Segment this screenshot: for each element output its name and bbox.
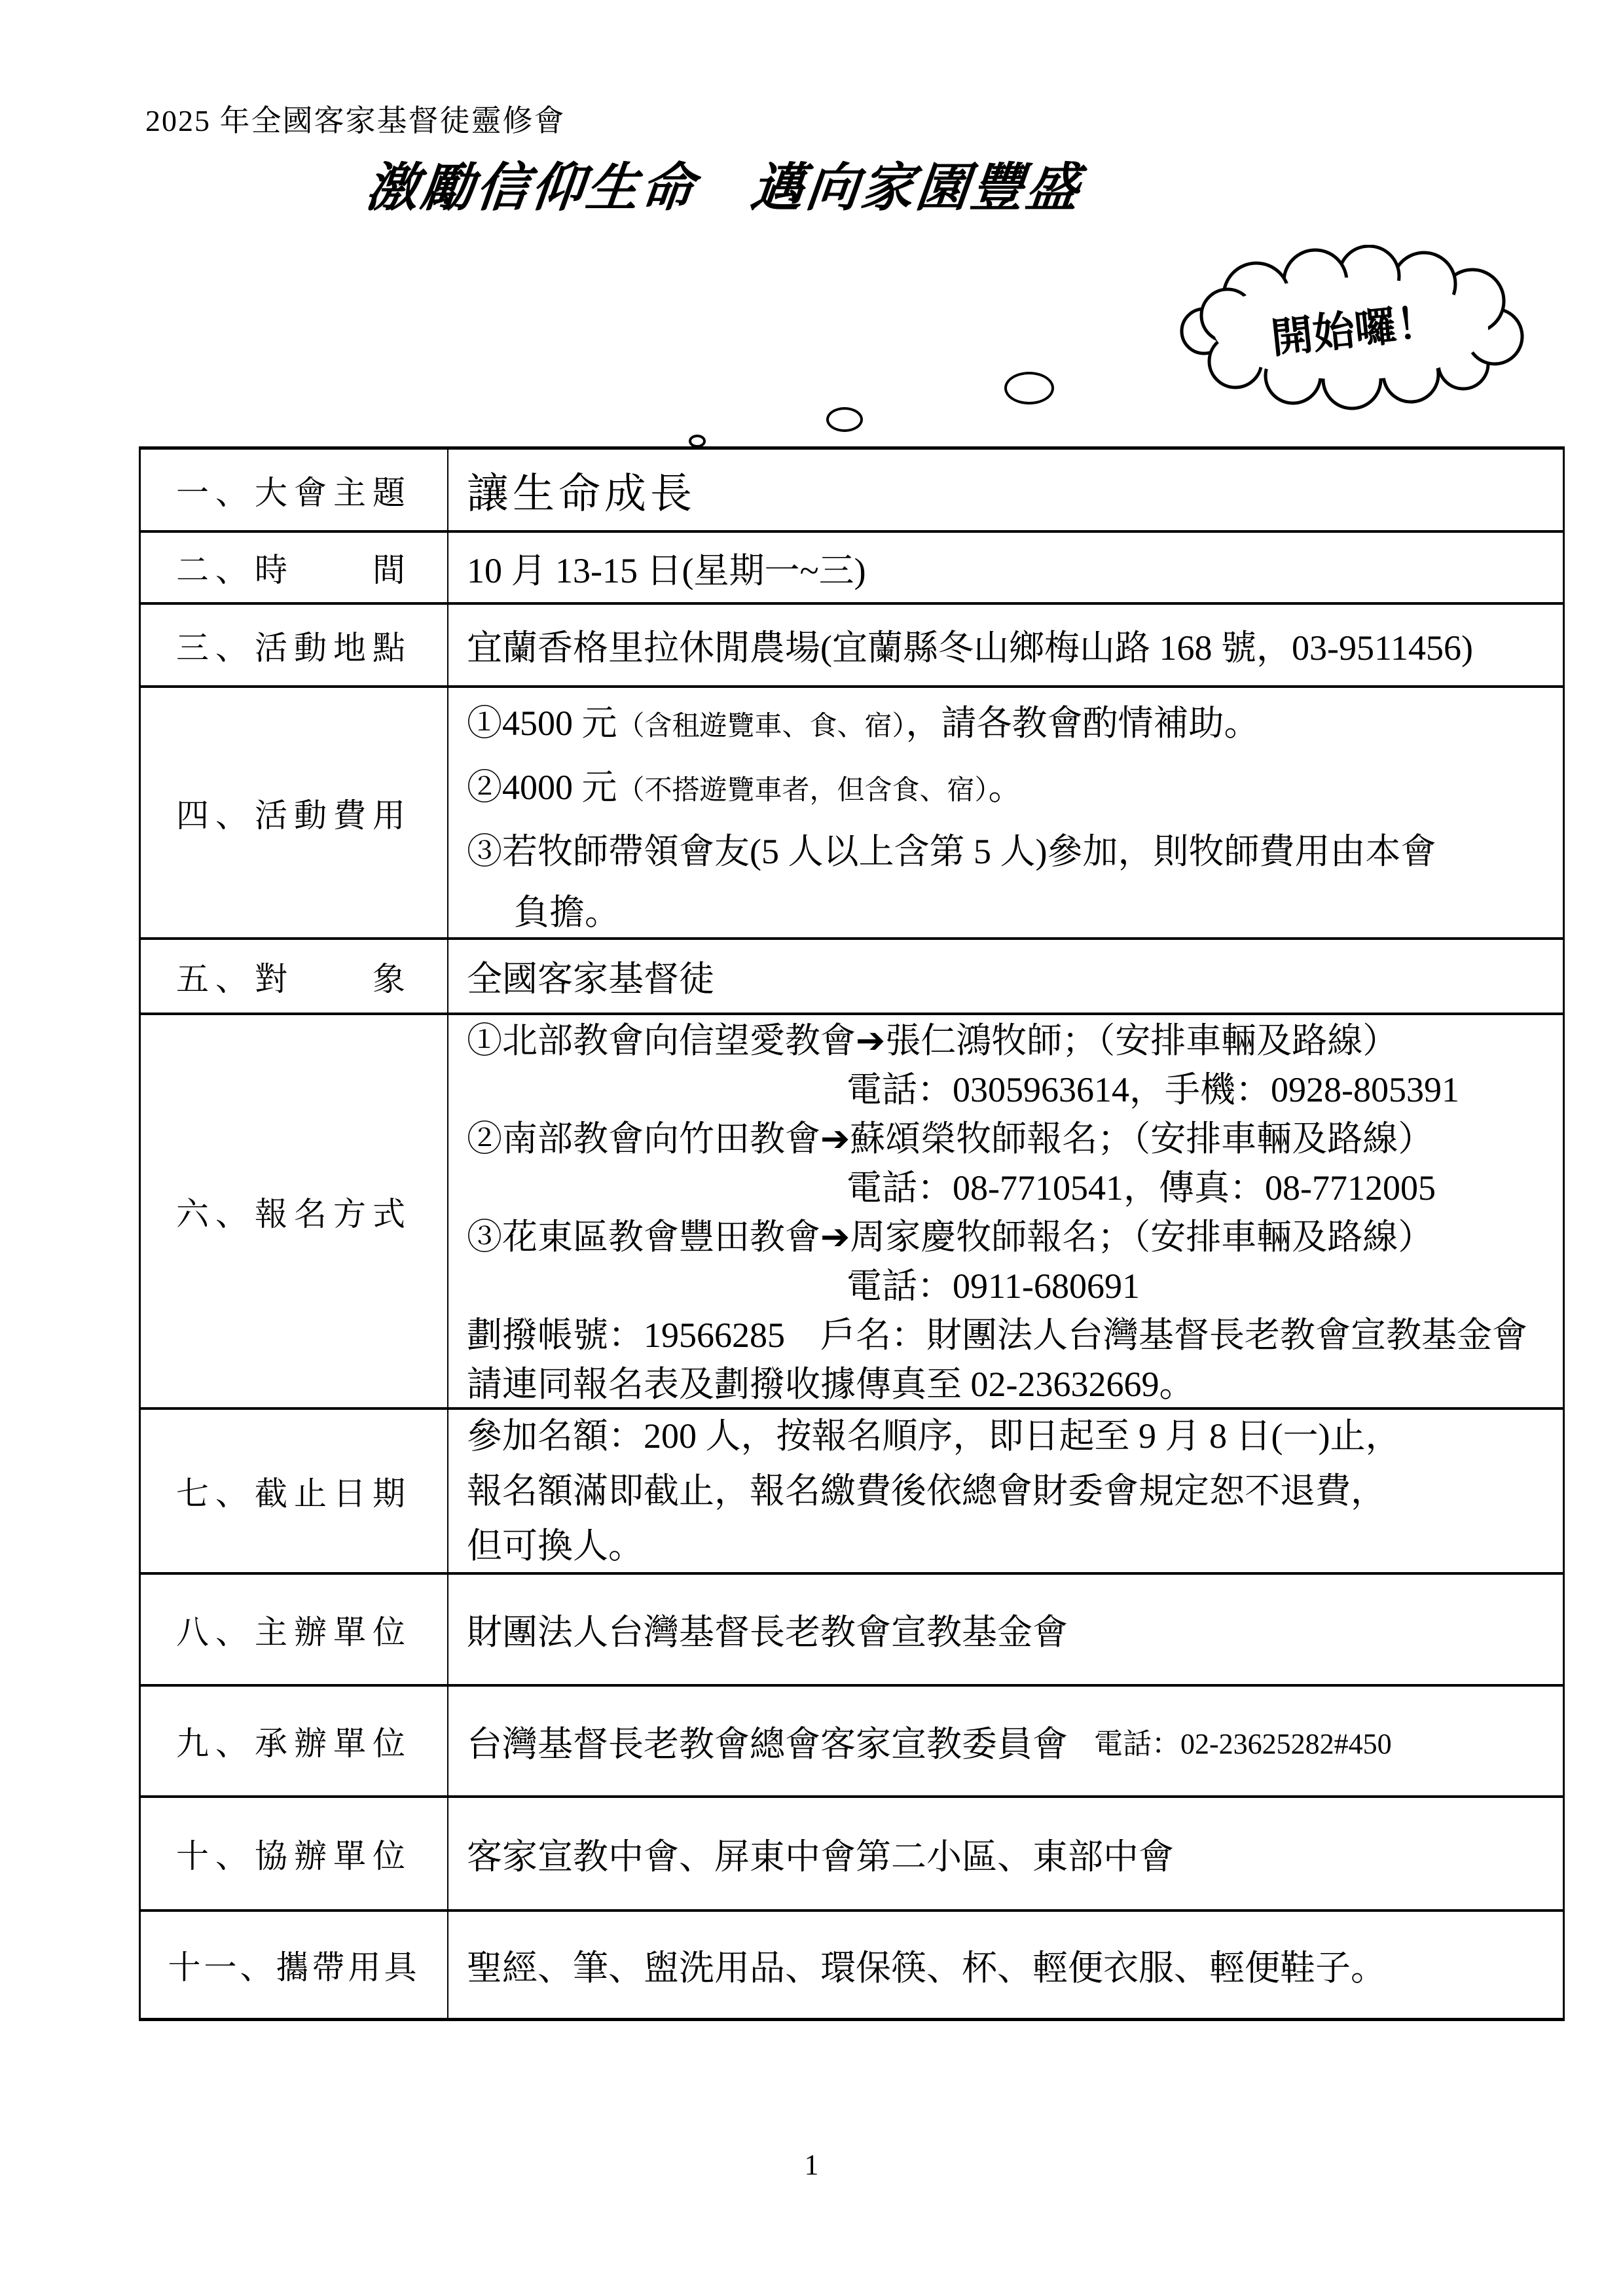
fee-item-3: ③若牧師帶領會友(5 人以上含第 5 人)參加，則牧師費用由本會	[467, 821, 1563, 882]
table-row-organizer: 八、主辦單位 財團法人台灣基督長老教會宣教基金會	[141, 1572, 1563, 1684]
row-content: 讓生命成長	[448, 450, 1563, 530]
signup-fax: 請連同報名表及劃撥收據傳真至 02-23632669。	[467, 1360, 1563, 1407]
thought-cloud: 開始囉！	[1170, 245, 1531, 414]
row-content: 財團法人台灣基督長老教會宣教基金會	[448, 1575, 1563, 1684]
table-row-location: 三、活動地點 宜蘭香格里拉休閒農場(宜蘭縣冬山鄉梅山路 168 號，03-951…	[141, 602, 1563, 685]
page-number: 1	[0, 2148, 1623, 2181]
row-content: ①北部教會向信望愛教會➔張仁鴻牧師；（安排車輛及路線） 電話：030596361…	[448, 1015, 1563, 1407]
signup-south: ②南部教會向竹田教會➔蘇頌榮牧師報名；（安排車輛及路線）	[467, 1115, 1563, 1164]
cloud-shape-graphic: 開始囉！	[1170, 245, 1531, 414]
row-label: 十一、攜帶用具	[141, 1912, 448, 2018]
row-label: 一、大會主題	[141, 450, 448, 530]
page-title: 激勵信仰生命 邁向家園豐盛	[363, 145, 1085, 221]
row-content: 參加名額：200 人，按報名順序，即日起至 9 月 8 日(一)止， 報名額滿即…	[448, 1410, 1563, 1572]
location-text: 宜蘭香格里拉休閒農場(宜蘭縣冬山鄉梅山路 168 號，03-9511456)	[467, 620, 1473, 670]
document-page: 2025 年全國客家基督徒靈修會 激勵信仰生命 邁向家園豐盛 開始囉！	[0, 0, 1623, 2296]
fee-item-3-cont: 負擔。	[467, 882, 1563, 937]
deadline-line-3: 但可換人。	[467, 1518, 1400, 1572]
row-label: 二、時 間	[141, 533, 448, 602]
time-text: 10 月 13-15 日(星期一~三)	[467, 543, 866, 593]
row-content: 全國客家基督徒	[448, 940, 1563, 1013]
organization-line: 2025 年全國客家基督徒靈修會	[145, 97, 566, 140]
row-content: 台灣基督長老教會總會客家宣教委員會 電話：02-23625282#450	[448, 1687, 1563, 1795]
table-row-signup: 六、報名方式 ①北部教會向信望愛教會➔張仁鴻牧師；（安排車輛及路線） 電話：03…	[141, 1013, 1563, 1407]
row-content: 宜蘭香格里拉休閒農場(宜蘭縣冬山鄉梅山路 168 號，03-9511456)	[448, 605, 1563, 685]
row-content: 聖經、筆、盥洗用品、環保筷、杯、輕便衣服、輕便鞋子。	[448, 1912, 1563, 2018]
theme-text: 讓生命成長	[467, 460, 696, 520]
table-row-deadline: 七、截止日期 參加名額：200 人，按報名順序，即日起至 9 月 8 日(一)止…	[141, 1407, 1563, 1572]
row-label: 七、截止日期	[141, 1410, 448, 1572]
signup-east: ③花東區教會豐田教會➔周家慶牧師報名；（安排車輛及路線）	[467, 1213, 1563, 1262]
table-row-time: 二、時 間 10 月 13-15 日(星期一~三)	[141, 530, 1563, 602]
signup-east-phone: 電話：0911-680691	[467, 1262, 1563, 1311]
audience-text: 全國客家基督徒	[467, 951, 714, 1001]
signup-south-phone: 電話：08-7710541，傳真：08-7712005	[467, 1164, 1563, 1213]
row-content: 客家宣教中會、屏東中會第二小區、東部中會	[448, 1798, 1563, 1909]
row-label: 八、主辦單位	[141, 1575, 448, 1684]
table-row-items: 十一、攜帶用具 聖經、筆、盥洗用品、環保筷、杯、輕便衣服、輕便鞋子。	[141, 1909, 1563, 2018]
fee-item-1: ①4500 元（含租遊覽車、食、宿），請各教會酌情補助。	[467, 693, 1563, 757]
row-label: 五、對 象	[141, 940, 448, 1013]
event-info-table: 一、大會主題 讓生命成長 二、時 間 10 月 13-15 日(星期一~三) 三…	[139, 446, 1565, 2021]
organizer-text: 財團法人台灣基督長老教會宣教基金會	[467, 1604, 1068, 1655]
table-row-theme: 一、大會主題 讓生命成長	[141, 446, 1563, 530]
thought-bubble-medium	[826, 407, 863, 432]
thought-bubble-small	[689, 435, 706, 448]
fee-item-2: ②4000 元（不搭遊覽車者，但含食、宿）。	[467, 757, 1563, 821]
row-label: 三、活動地點	[141, 605, 448, 685]
table-row-audience: 五、對 象 全國客家基督徒	[141, 937, 1563, 1013]
items-text: 聖經、筆、盥洗用品、環保筷、杯、輕便衣服、輕便鞋子。	[467, 1940, 1386, 1990]
signup-postal: 劃撥帳號：19566285 戶名：財團法人台灣基督長老教會宣教基金會	[467, 1311, 1563, 1360]
row-content: 10 月 13-15 日(星期一~三)	[448, 533, 1563, 602]
table-row-undertaker: 九、承辦單位 台灣基督長老教會總會客家宣教委員會 電話：02-23625282#…	[141, 1684, 1563, 1795]
signup-north: ①北部教會向信望愛教會➔張仁鴻牧師；（安排車輛及路線）	[467, 1016, 1563, 1066]
table-row-fees: 四、活動費用 ①4500 元（含租遊覽車、食、宿），請各教會酌情補助。 ②400…	[141, 685, 1563, 937]
coorganizer-text: 客家宣教中會、屏東中會第二小區、東部中會	[467, 1829, 1174, 1879]
signup-north-phone: 電話：0305963614，手機：0928-805391	[467, 1066, 1563, 1115]
row-label: 六、報名方式	[141, 1015, 448, 1407]
row-label: 十、協辦單位	[141, 1798, 448, 1909]
row-label: 四、活動費用	[141, 688, 448, 937]
thought-bubble-large	[1004, 372, 1054, 404]
undertaker-phone: 電話：02-23625282#450	[1094, 1720, 1392, 1762]
undertaker-text: 台灣基督長老教會總會客家宣教委員會	[467, 1716, 1068, 1767]
row-label: 九、承辦單位	[141, 1687, 448, 1795]
table-row-coorganizer: 十、協辦單位 客家宣教中會、屏東中會第二小區、東部中會	[141, 1795, 1563, 1909]
deadline-line-1: 參加名額：200 人，按報名順序，即日起至 9 月 8 日(一)止，	[467, 1410, 1400, 1463]
deadline-line-2: 報名額滿即截止，報名繳費後依總會財委會規定恕不退費，	[467, 1463, 1400, 1518]
row-content: ①4500 元（含租遊覽車、食、宿），請各教會酌情補助。 ②4000 元（不搭遊…	[448, 688, 1563, 937]
